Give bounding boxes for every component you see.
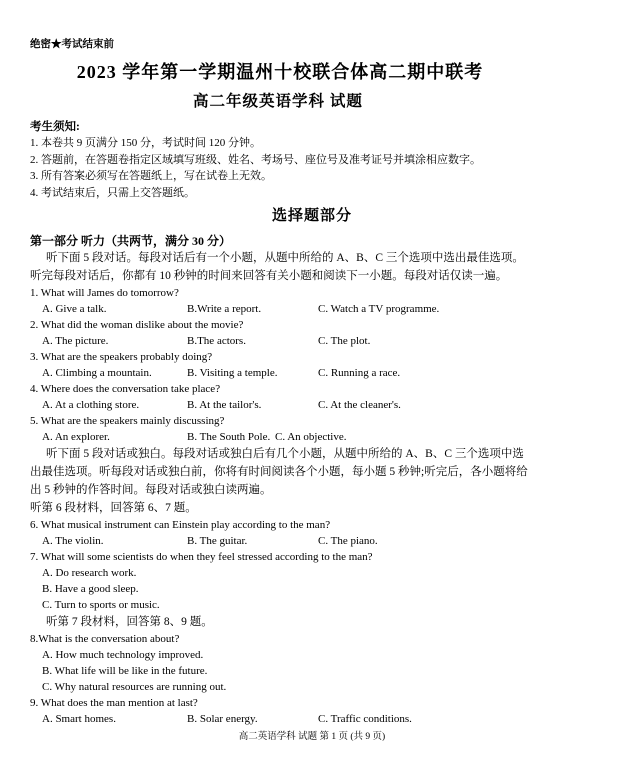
option: C. The plot. xyxy=(318,333,370,349)
option: B. Visiting a temple. xyxy=(187,365,318,381)
question-text: 4. Where does the conversation take plac… xyxy=(30,381,594,397)
option: B. The guitar. xyxy=(187,533,318,549)
exam-subtitle: 高二年级英语学科 试题 xyxy=(30,91,594,112)
question-text: 2. What did the woman dislike about the … xyxy=(30,317,594,333)
notice-item: 4. 考试结束后，只需上交答题纸。 xyxy=(30,185,594,202)
exam-body: 第一部分 听力（共两节，满分 30 分）听下面 5 段对话。每段对话后有一个小题… xyxy=(30,233,594,727)
instruction-line: 听完每段对话后，你都有 10 秒钟的时间来回答有关小题和阅读下一小题。每段对话仅… xyxy=(30,267,594,285)
section-heading: 选择题部分 xyxy=(30,206,594,226)
instruction-line: 出最佳选项。听每段对话或独白前，你将有时间阅读各个小题，每小题 5 秒钟;听完后… xyxy=(30,463,594,481)
question-text: 8.What is the conversation about? xyxy=(30,631,594,647)
options-row: A. Climbing a mountain.B. Visiting a tem… xyxy=(30,365,594,381)
part-heading: 第一部分 听力（共两节，满分 30 分） xyxy=(30,233,594,249)
option: A. How much technology improved. xyxy=(30,647,594,663)
options-row: A. At a clothing store.B. At the tailor'… xyxy=(30,397,594,413)
option: C. Why natural resources are running out… xyxy=(30,679,594,695)
options-row: A. The violin.B. The guitar.C. The piano… xyxy=(30,533,594,549)
option: A. Give a talk. xyxy=(42,301,187,317)
notice-item: 3. 所有答案必须写在答题纸上，写在试卷上无效。 xyxy=(30,168,594,185)
security-label: 绝密★考试结束前 xyxy=(30,38,594,51)
option: B.Write a report. xyxy=(187,301,318,317)
option: B.The actors. xyxy=(187,333,318,349)
option: B. What life will be like in the future. xyxy=(30,663,594,679)
question-text: 9. What does the man mention at last? xyxy=(30,695,594,711)
option: A. Do research work. xyxy=(30,565,594,581)
option: C. Running a race. xyxy=(318,365,400,381)
options-row: A. Smart homes.B. Solar energy.C. Traffi… xyxy=(30,711,594,727)
option: C. The piano. xyxy=(318,533,378,549)
options-row: A. The picture.B.The actors.C. The plot. xyxy=(30,333,594,349)
question-text: 7. What will some scientists do when the… xyxy=(30,549,594,565)
option: B. The South Pole. xyxy=(187,429,275,445)
options-row: A. Give a talk.B.Write a report.C. Watch… xyxy=(30,301,594,317)
notice-item: 2. 答题前，在答题卷指定区域填写班级、姓名、考场号、座位号及准考证号并填涂相应… xyxy=(30,152,594,169)
option: B. At the tailor's. xyxy=(187,397,318,413)
question-text: 1. What will James do tomorrow? xyxy=(30,285,594,301)
options-row: A. An explorer.B. The South Pole.C. An o… xyxy=(30,429,594,445)
option: C. Turn to sports or music. xyxy=(30,597,594,613)
instruction-line: 听下面 5 段对话。每段对话后有一个小题，从题中所给的 A、B、C 三个选项中选… xyxy=(30,249,594,267)
option: C. Traffic conditions. xyxy=(318,711,412,727)
notice-item: 1. 本卷共 9 页满分 150 分，考试时间 120 分钟。 xyxy=(30,135,594,152)
option: A. Smart homes. xyxy=(42,711,187,727)
page-footer: 高二英语学科 试题 第 1 页 (共 9 页) xyxy=(0,731,624,743)
instruction-line: 听第 7 段材料，回答第 8、9 题。 xyxy=(30,613,594,631)
instruction-line: 听第 6 段材料，回答第 6、7 题。 xyxy=(30,499,594,517)
question-text: 6. What musical instrument can Einstein … xyxy=(30,517,594,533)
option: C. At the cleaner's. xyxy=(318,397,401,413)
instruction-line: 出 5 秒钟的作答时间。每段对话或独白读两遍。 xyxy=(30,481,594,499)
notice-list: 1. 本卷共 9 页满分 150 分，考试时间 120 分钟。2. 答题前，在答… xyxy=(30,135,594,201)
question-text: 3. What are the speakers probably doing? xyxy=(30,349,594,365)
option: A. At a clothing store. xyxy=(42,397,187,413)
option: A. An explorer. xyxy=(42,429,187,445)
exam-page: 绝密★考试结束前 2023 学年第一学期温州十校联合体高二期中联考 高二年级英语… xyxy=(0,0,624,768)
option: A. The violin. xyxy=(42,533,187,549)
option: A. Climbing a mountain. xyxy=(42,365,187,381)
exam-title: 2023 学年第一学期温州十校联合体高二期中联考 xyxy=(30,59,594,85)
option: B. Have a good sleep. xyxy=(30,581,594,597)
option: C. An objective. xyxy=(275,429,347,445)
option: C. Watch a TV programme. xyxy=(318,301,439,317)
question-text: 5. What are the speakers mainly discussi… xyxy=(30,413,594,429)
instruction-line: 听下面 5 段对话或独白。每段对话或独白后有几个小题，从题中所给的 A、B、C … xyxy=(30,445,594,463)
notice-heading: 考生须知: xyxy=(30,120,594,135)
option: B. Solar energy. xyxy=(187,711,318,727)
option: A. The picture. xyxy=(42,333,187,349)
